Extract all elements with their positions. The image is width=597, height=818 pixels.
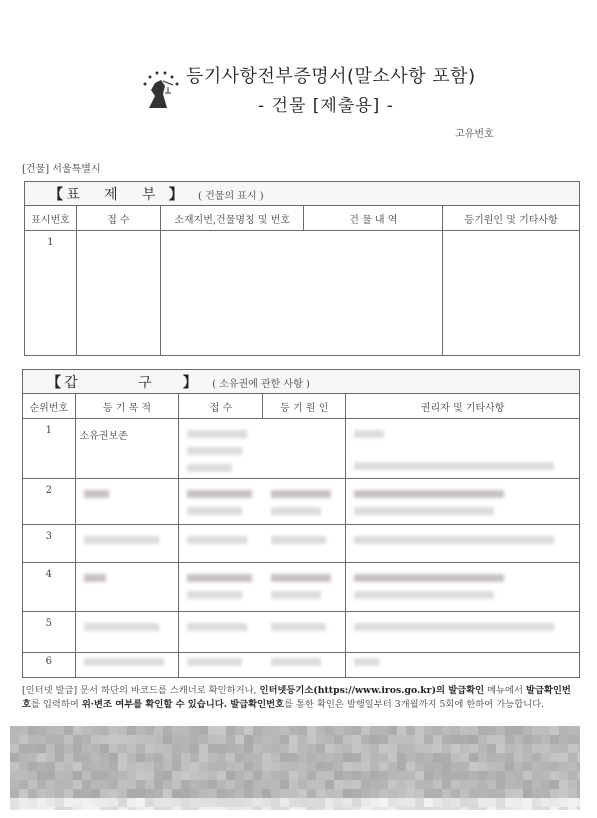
row-number: 3	[23, 525, 76, 563]
col-purpose: 등 기 목 적	[75, 394, 179, 419]
row-number: 6	[23, 653, 76, 678]
table-row: 1 소유권보존	[23, 419, 580, 479]
row-number: 2	[23, 479, 76, 525]
court-logo-icon	[137, 66, 183, 112]
row-holder-redacted	[346, 479, 580, 525]
row-cause-redacted	[263, 419, 346, 479]
col-building-details: 건 물 내 역	[304, 206, 443, 231]
row-purpose-redacted	[75, 653, 179, 678]
row-purpose-redacted	[75, 525, 179, 563]
row-cause-redacted	[263, 563, 346, 612]
row-cause-redacted	[263, 653, 346, 678]
pyojebu-section-title: 【 표 제 부 】 ( 건물의 표시 )	[25, 182, 580, 206]
table-row: 6	[23, 653, 580, 678]
row-purpose-redacted	[75, 563, 179, 612]
table-row: 5	[23, 612, 580, 653]
gapgu-name: 갑 구	[64, 375, 180, 391]
gapgu-section-title: 【 갑 구 】 ( 소유권에 관한 사항 )	[23, 370, 580, 394]
col-holder: 권리자 및 기타사항	[346, 394, 580, 419]
col-address: 소재지번,건물명칭 및 번호	[160, 206, 304, 231]
pyojebu-header-row: 표시번호 접 수 소재지번,건물명칭 및 번호 건 물 내 역 등기원인 및 기…	[25, 206, 580, 231]
row-holder-redacted	[346, 612, 580, 653]
col-received: 접 수	[76, 206, 160, 231]
pyojebu-table: 【 표 제 부 】 ( 건물의 표시 ) 표시번호 접 수 소재지번,건물명칭 …	[24, 181, 580, 356]
col-rank-number: 순위번호	[23, 394, 76, 419]
gapgu-table: 【 갑 구 】 ( 소유권에 관한 사항 ) 순위번호 등 기 목 적 접 수 …	[22, 369, 580, 678]
row-cause-redacted	[263, 612, 346, 653]
row-cause	[443, 231, 580, 356]
row-purpose-redacted	[75, 612, 179, 653]
row-purpose-redacted	[75, 479, 179, 525]
row-cause-redacted	[263, 525, 346, 563]
table-row: 2	[23, 479, 580, 525]
row-building-details	[304, 231, 443, 356]
redacted-barcode	[10, 726, 580, 810]
row-address	[160, 231, 304, 356]
gapgu-description: ( 소유권에 관한 사항 )	[212, 379, 310, 390]
row-purpose: 소유권보존	[75, 419, 179, 479]
document-title: 등기사항전부증명서(말소사항 포함)	[186, 62, 476, 88]
pyojebu-description: ( 건물의 표시 )	[198, 191, 264, 202]
row-holder-redacted	[346, 525, 580, 563]
row-cause-redacted	[263, 479, 346, 525]
col-display-number: 표시번호	[25, 206, 77, 231]
col-cause: 등 기 원 인	[263, 394, 346, 419]
row-number: 4	[23, 563, 76, 612]
row-received-redacted	[179, 563, 263, 612]
row-received-redacted	[179, 419, 263, 479]
pyojebu-name: 표 제 부	[66, 187, 165, 203]
row-received-redacted	[179, 525, 263, 563]
col-cause: 등기원인 및 기타사항	[443, 206, 580, 231]
table-row: 3	[23, 525, 580, 563]
building-location: [건물] 서울특별시	[22, 160, 101, 175]
row-holder-redacted	[346, 563, 580, 612]
row-number: 1	[23, 419, 76, 479]
row-received-redacted	[179, 479, 263, 525]
row-number: 5	[23, 612, 76, 653]
row-number: 1	[25, 231, 77, 356]
row-received-redacted	[179, 612, 263, 653]
issuance-notice: [인터넷 발급] 문서 하단의 바코드를 스캐너로 확인하거나, 인터넷등기소(…	[22, 684, 578, 711]
document-subtitle: - 건물 [제출용] -	[258, 91, 394, 116]
gapgu-header-row: 순위번호 등 기 목 적 접 수 등 기 원 인 권리자 및 기타사항	[23, 394, 580, 419]
row-received	[76, 231, 160, 356]
table-row: 4	[23, 563, 580, 612]
row-holder-redacted	[346, 419, 580, 479]
col-received: 접 수	[179, 394, 263, 419]
row-holder-redacted	[346, 653, 580, 678]
unique-number-label: 고유번호	[455, 125, 494, 140]
table-row: 1	[25, 231, 580, 356]
row-received-redacted	[179, 653, 263, 678]
